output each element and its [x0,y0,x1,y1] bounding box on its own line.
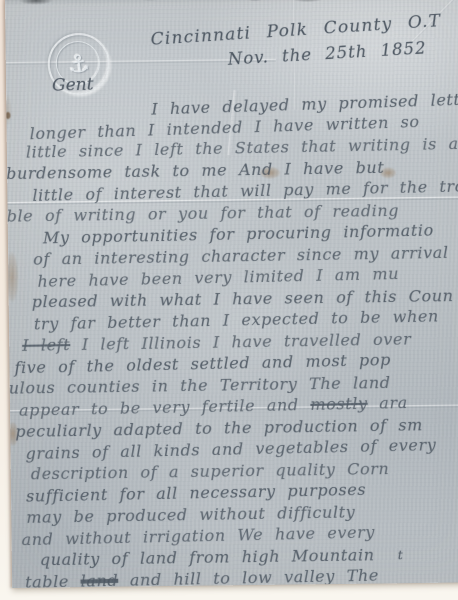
line-text: ara [367,393,408,413]
strikethrough-text: I left [22,335,70,355]
foxing-stain [5,95,12,125]
letter-paper: ⚓ Cincinnati Polk County O.T Nov. the 25… [5,0,458,588]
line-text: table [25,572,81,588]
scan-background: ⚓ Cincinnati Polk County O.T Nov. the 25… [0,0,458,600]
correction-mark: t [398,548,403,562]
strikethrough-text: mostly [310,394,368,414]
strikethrough-text: land [80,571,118,588]
torn-top-edge [5,0,458,8]
letter-body: I have delayed my promised letter longer… [29,92,458,588]
salutation: Gent [52,75,94,96]
foxing-stain [5,252,19,302]
